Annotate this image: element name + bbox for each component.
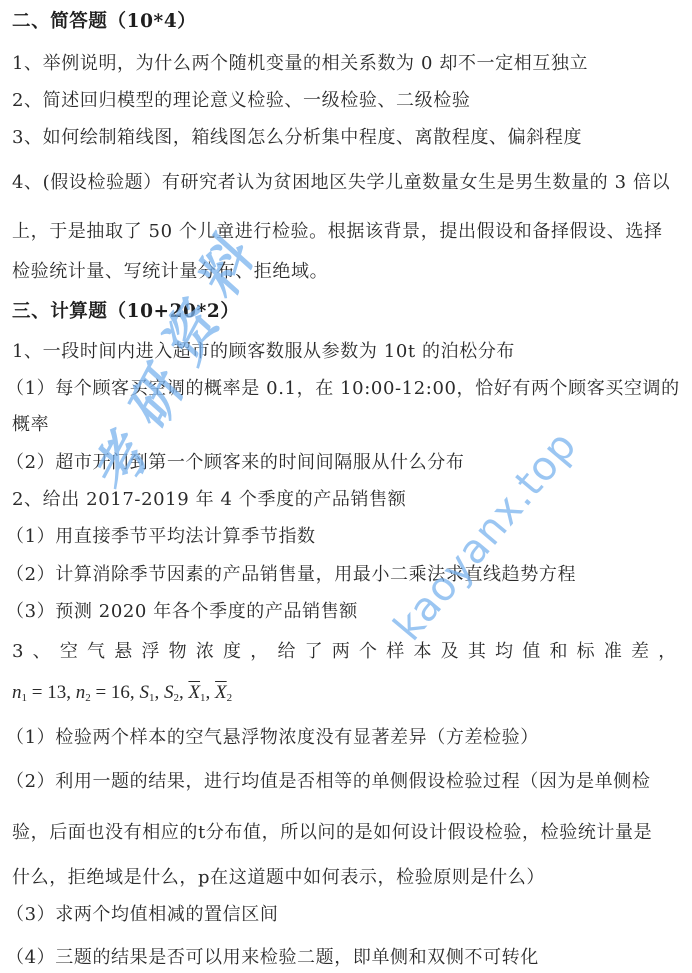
question-part: （1）检验两个样本的空气悬浮物浓度没有显著差异（方差检验） [6,726,539,750]
section-heading-calculation: 三、计算题（10+20*2） [12,300,239,324]
var-xbar2: X2 [215,682,232,703]
question-line: 4、(假设检验题）有研究者认为贫困地区失学儿童数量女生是男生数量的 3 倍以 [12,171,670,195]
question-part: （3）预测 2020 年各个季度的产品销售额 [6,600,358,624]
question-line: 上，于是抽取了 50 个儿童进行检验。根据该背景，提出假设和备择假设、选择 [12,220,663,244]
question-part: （2）超市开门到第一个顾客来的时间间隔服从什么分布 [6,451,464,475]
question-part: 概率 [12,413,49,437]
var-xbar1: X1 [188,682,205,703]
question-line: 2、简述回归模型的理论意义检验、一级检验、二级检验 [12,89,470,113]
question-part: 什么，拒绝域是什么，p在这道题中如何表示，检验原则是什么） [12,866,545,890]
question-stem: 3、空气悬浮物浓度，给了两个样本及其均值和标准差， [12,640,685,664]
formula-sample-stats: n1 = 13, n2 = 16, S1, S2, X1, X2 [12,681,232,710]
var-s2: S2 [164,682,179,703]
question-part: （2）利用一题的结果，进行均值是否相等的单侧假设检验过程（因为是单侧检 [6,770,650,794]
question-line: 3、如何绘制箱线图，箱线图怎么分析集中程度、离散程度、偏斜程度 [12,126,582,150]
var-n2: n2 [76,682,91,703]
question-stem: 2、给出 2017-2019 年 4 个季度的产品销售额 [12,488,406,512]
question-line: 检验统计量、写统计量分布、拒绝域。 [12,260,328,284]
var-n1: n1 [12,682,27,703]
question-stem: 1、一段时间内进入超市的顾客数服从参数为 10t 的泊松分布 [12,340,515,364]
question-part: （3）求两个均值相减的置信区间 [6,903,278,927]
question-part: （2）计算消除季节因素的产品销售量，用最小二乘法求直线趋势方程 [6,563,576,587]
question-part: 验，后面也没有相应的t分布值，所以问的是如何设计假设检验，检验统计量是 [12,821,652,845]
question-line: 1、举例说明，为什么两个随机变量的相关系数为 0 却不一定相互独立 [12,52,588,76]
question-part: （1）每个顾客买空调的概率是 0.1，在 10:00-12:00，恰好有两个顾客… [6,377,680,401]
var-s1: S1 [139,682,154,703]
question-part: （4）三题的结果是否可以用来检验二题，即单侧和双侧不可转化 [6,946,539,970]
section-heading-short-answer: 二、简答题（10*4） [12,10,196,34]
question-part: （1）用直接季节平均法计算季节指数 [6,525,316,549]
